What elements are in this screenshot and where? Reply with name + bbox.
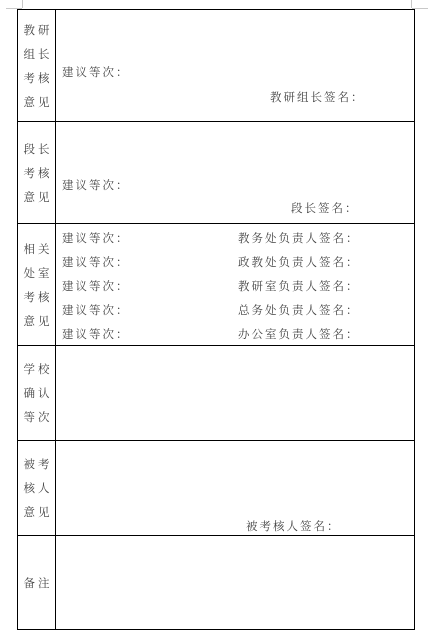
content-evaluatee-opinion[interactable]: 被考核人签名： bbox=[56, 441, 415, 536]
label-line: 教研 bbox=[18, 18, 55, 42]
suggested-grade-label: 建议等次： bbox=[62, 230, 130, 246]
label-line: 意见 bbox=[18, 185, 55, 209]
row-related-departments-opinion: 相关 处室 考核 意见 建议等次： 教务处负责人签名： 建议等次： 政教处负责人… bbox=[18, 224, 415, 346]
label-remarks: 备注 bbox=[18, 536, 56, 630]
label-line: 意见 bbox=[18, 500, 55, 524]
row-evaluatee-opinion: 被考 核人 意见 被考核人签名： bbox=[18, 441, 415, 536]
label-related-departments-opinion: 相关 处室 考核 意见 bbox=[18, 224, 56, 346]
label-evaluatee-opinion: 被考 核人 意见 bbox=[18, 441, 56, 536]
suggested-grade-label: 建议等次： bbox=[62, 302, 130, 318]
general-affairs-signature-label: 总务处负责人签名： bbox=[238, 302, 360, 318]
suggested-grade-label: 建议等次： bbox=[62, 254, 130, 270]
label-line: 备注 bbox=[18, 571, 55, 595]
office-signature-label: 办公室负责人签名： bbox=[238, 326, 360, 342]
label-line: 确认 bbox=[18, 381, 55, 405]
teaching-group-leader-signature-label: 教研组长签名： bbox=[270, 89, 365, 105]
academic-affairs-signature-label: 教务处负责人签名： bbox=[238, 230, 360, 246]
content-teaching-group-leader-opinion[interactable]: 建议等次： 教研组长签名： bbox=[56, 10, 415, 122]
row-teaching-group-leader-opinion: 教研 组长 考核 意见 建议等次： 教研组长签名： bbox=[18, 10, 415, 122]
content-related-departments-opinion[interactable]: 建议等次： 教务处负责人签名： 建议等次： 政教处负责人签名： 建议等次： 教研… bbox=[56, 224, 415, 346]
suggested-grade-label: 建议等次： bbox=[62, 278, 130, 294]
row-school-confirmed-grade: 学校 确认 等次 bbox=[18, 346, 415, 441]
suggested-grade-label: 建议等次： bbox=[62, 326, 130, 342]
label-grade-head-opinion: 段长 考核 意见 bbox=[18, 122, 56, 224]
office-entry: 建议等次： 办公室负责人签名： bbox=[62, 326, 414, 342]
teaching-research-signature-label: 教研室负责人签名： bbox=[238, 278, 360, 294]
label-line: 处室 bbox=[18, 261, 55, 285]
general-affairs-entry: 建议等次： 总务处负责人签名： bbox=[62, 302, 414, 318]
evaluatee-signature-label: 被考核人签名： bbox=[246, 518, 341, 534]
suggested-grade-label: 建议等次： bbox=[62, 64, 130, 80]
content-remarks[interactable] bbox=[56, 536, 415, 630]
content-grade-head-opinion[interactable]: 建议等次： 段长签名： bbox=[56, 122, 415, 224]
suggested-grade-label: 建议等次： bbox=[62, 177, 130, 193]
label-line: 意见 bbox=[18, 90, 55, 114]
label-line: 等次 bbox=[18, 405, 55, 429]
political-education-entry: 建议等次： 政教处负责人签名： bbox=[62, 254, 414, 270]
label-line: 考核 bbox=[18, 66, 55, 90]
label-line: 考核 bbox=[18, 285, 55, 309]
teaching-research-entry: 建议等次： 教研室负责人签名： bbox=[62, 278, 414, 294]
crop-mark-top-left-vertical bbox=[22, 0, 23, 8]
content-school-confirmed-grade[interactable] bbox=[56, 346, 415, 441]
label-teaching-group-leader-opinion: 教研 组长 考核 意见 bbox=[18, 10, 56, 122]
grade-head-signature-label: 段长签名： bbox=[291, 200, 359, 216]
row-grade-head-opinion: 段长 考核 意见 建议等次： 段长签名： bbox=[18, 122, 415, 224]
evaluation-form-table: 教研 组长 考核 意见 建议等次： 教研组长签名： 段长 考核 意见 建议等次：… bbox=[17, 9, 415, 630]
label-line: 考核 bbox=[18, 161, 55, 185]
row-remarks: 备注 bbox=[18, 536, 415, 630]
label-line: 被考 bbox=[18, 452, 55, 476]
label-line: 核人 bbox=[18, 476, 55, 500]
label-line: 学校 bbox=[18, 357, 55, 381]
crop-mark-top-right-vertical bbox=[411, 0, 412, 8]
political-education-signature-label: 政教处负责人签名： bbox=[238, 254, 360, 270]
label-line: 段长 bbox=[18, 137, 55, 161]
label-line: 意见 bbox=[18, 309, 55, 333]
label-line: 组长 bbox=[18, 42, 55, 66]
label-line: 相关 bbox=[18, 237, 55, 261]
label-school-confirmed-grade: 学校 确认 等次 bbox=[18, 346, 56, 441]
academic-affairs-entry: 建议等次： 教务处负责人签名： bbox=[62, 230, 414, 246]
